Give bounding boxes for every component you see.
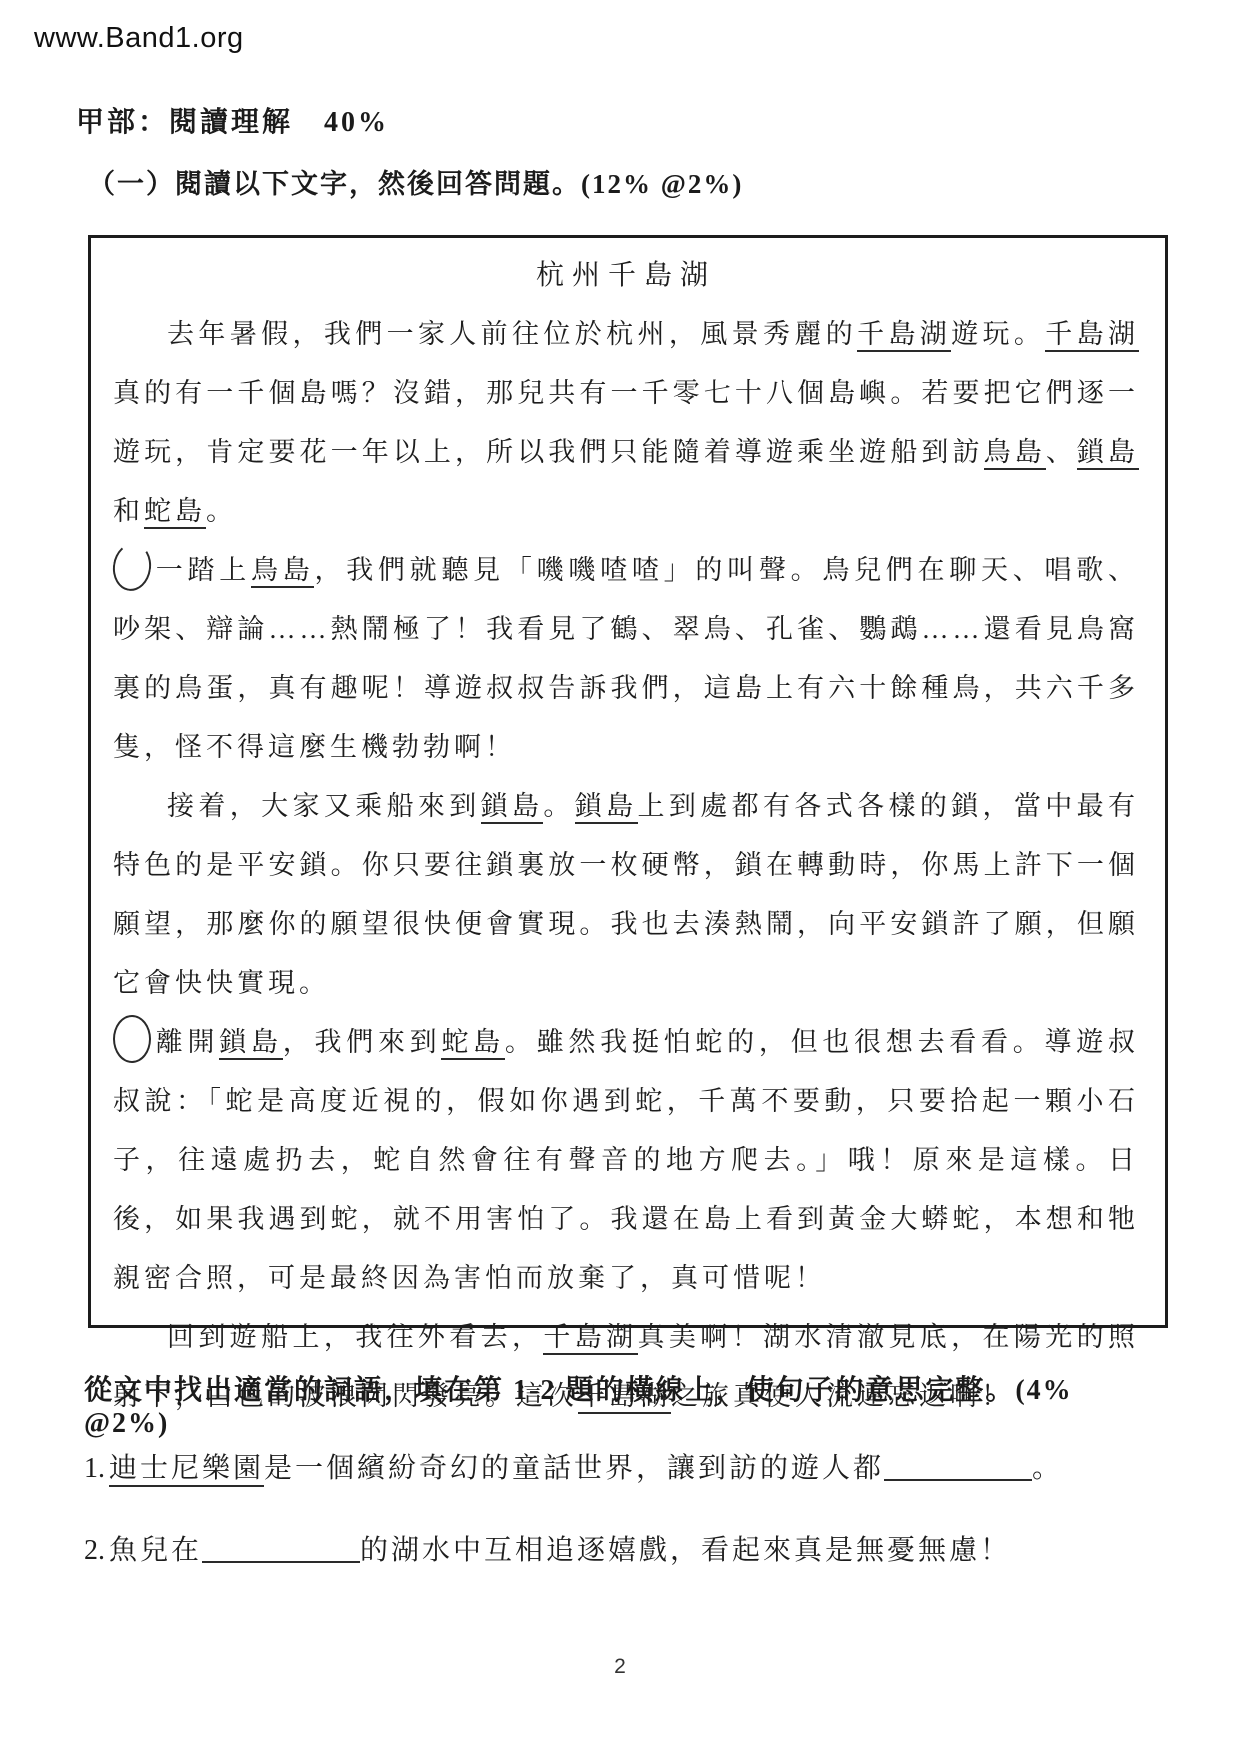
underlined-term: 鎖島 bbox=[1077, 437, 1139, 470]
paragraph-1: 去年暑假，我們一家人前往位於杭州，風景秀麗的千島湖遊玩。千島湖真的有一千個島嗎？… bbox=[113, 305, 1139, 541]
passage-text: 去年暑假，我們一家人前往位於杭州，風景秀麗的 bbox=[167, 319, 857, 349]
part-instruction: （一）閱讀以下文字，然後回答問題。(12% @2%) bbox=[88, 162, 743, 201]
site-watermark: www.Band1.org bbox=[34, 22, 244, 55]
paragraph-2: 一踏上鳥島，我們就聽見「嘰嘰喳喳」的叫聲。鳥兒們在聊天、唱歌、吵架、辯論……熱鬧… bbox=[113, 541, 1139, 777]
passage-title: 杭州千島湖 bbox=[113, 246, 1139, 305]
question-text: 。 bbox=[1032, 1453, 1063, 1484]
passage-box: 杭州千島湖 去年暑假，我們一家人前往位於杭州，風景秀麗的千島湖遊玩。千島湖真的有… bbox=[88, 235, 1168, 1328]
paragraph-4: 離開鎖島，我們來到蛇島。雖然我挺怕蛇的，但也很想去看看。導遊叔叔說：「蛇是高度近… bbox=[113, 1013, 1139, 1308]
underlined-term: 鎖島 bbox=[219, 1027, 282, 1060]
passage-text: 、 bbox=[1046, 437, 1077, 467]
fill-in-instruction: 從文中找出適當的詞語，填在第 1-2 題的橫線上，使句子的意思完整。(4% @2… bbox=[84, 1368, 1144, 1440]
passage-text: 遊玩。 bbox=[951, 319, 1045, 349]
passage-text: 離開 bbox=[155, 1027, 219, 1057]
underlined-term: 鳥島 bbox=[984, 437, 1046, 470]
passage-text: 。 bbox=[206, 496, 237, 526]
underlined-term: 千島湖 bbox=[543, 1322, 637, 1355]
question-text: 是一個繽紛奇幻的童話世界，讓到訪的遊人都 bbox=[264, 1453, 884, 1484]
paragraph-3: 接着，大家又乘船來到鎖島。鎖島上到處都有各式各樣的鎖，當中最有特色的是平安鎖。你… bbox=[113, 777, 1139, 1013]
passage-text: 。 bbox=[543, 791, 574, 821]
passage-text: 和 bbox=[113, 496, 144, 526]
underlined-term: 蛇島 bbox=[441, 1027, 504, 1060]
passage-text: 。雖然我挺怕蛇的，但也很想去看看。導遊叔叔說：「蛇是高度近視的，假如你遇到蛇，千… bbox=[113, 1027, 1139, 1293]
question-text: 的湖水中互相追逐嬉戲，看起來真是無憂無慮！ bbox=[360, 1535, 1011, 1566]
answer-blank-2 bbox=[202, 1533, 360, 1563]
page-number: 2 bbox=[0, 1655, 1240, 1679]
underlined-term: 千島湖 bbox=[1045, 319, 1139, 352]
underlined-term: 鎖島 bbox=[481, 791, 544, 824]
question-number: 2. bbox=[84, 1535, 105, 1566]
answer-circle-open-icon bbox=[110, 541, 154, 594]
question-text: 魚兒在 bbox=[109, 1535, 202, 1566]
passage-text: 一踏上 bbox=[155, 555, 251, 585]
underlined-term: 千島湖 bbox=[857, 319, 951, 352]
passage-text: ，我們來到 bbox=[283, 1027, 442, 1057]
passage-text: 回到遊船上，我往外看去， bbox=[167, 1322, 543, 1352]
answer-blank-1 bbox=[884, 1451, 1032, 1481]
question-number: 1. bbox=[84, 1453, 105, 1484]
passage-text: 接着，大家又乘船來到 bbox=[167, 791, 481, 821]
underlined-term: 鳥島 bbox=[251, 555, 314, 588]
underlined-term: 鎖島 bbox=[575, 791, 638, 824]
underlined-term: 迪士尼樂園 bbox=[109, 1453, 264, 1487]
question-2: 2.魚兒在的湖水中互相追逐嬉戲，看起來真是無憂無慮！ bbox=[84, 1528, 1184, 1568]
answer-circle-icon bbox=[113, 1015, 151, 1063]
section-heading: 甲部：閱讀理解 40% bbox=[76, 100, 389, 140]
underlined-term: 蛇島 bbox=[144, 496, 206, 529]
question-1: 1.迪士尼樂園是一個繽紛奇幻的童話世界，讓到訪的遊人都。 bbox=[84, 1446, 1184, 1486]
